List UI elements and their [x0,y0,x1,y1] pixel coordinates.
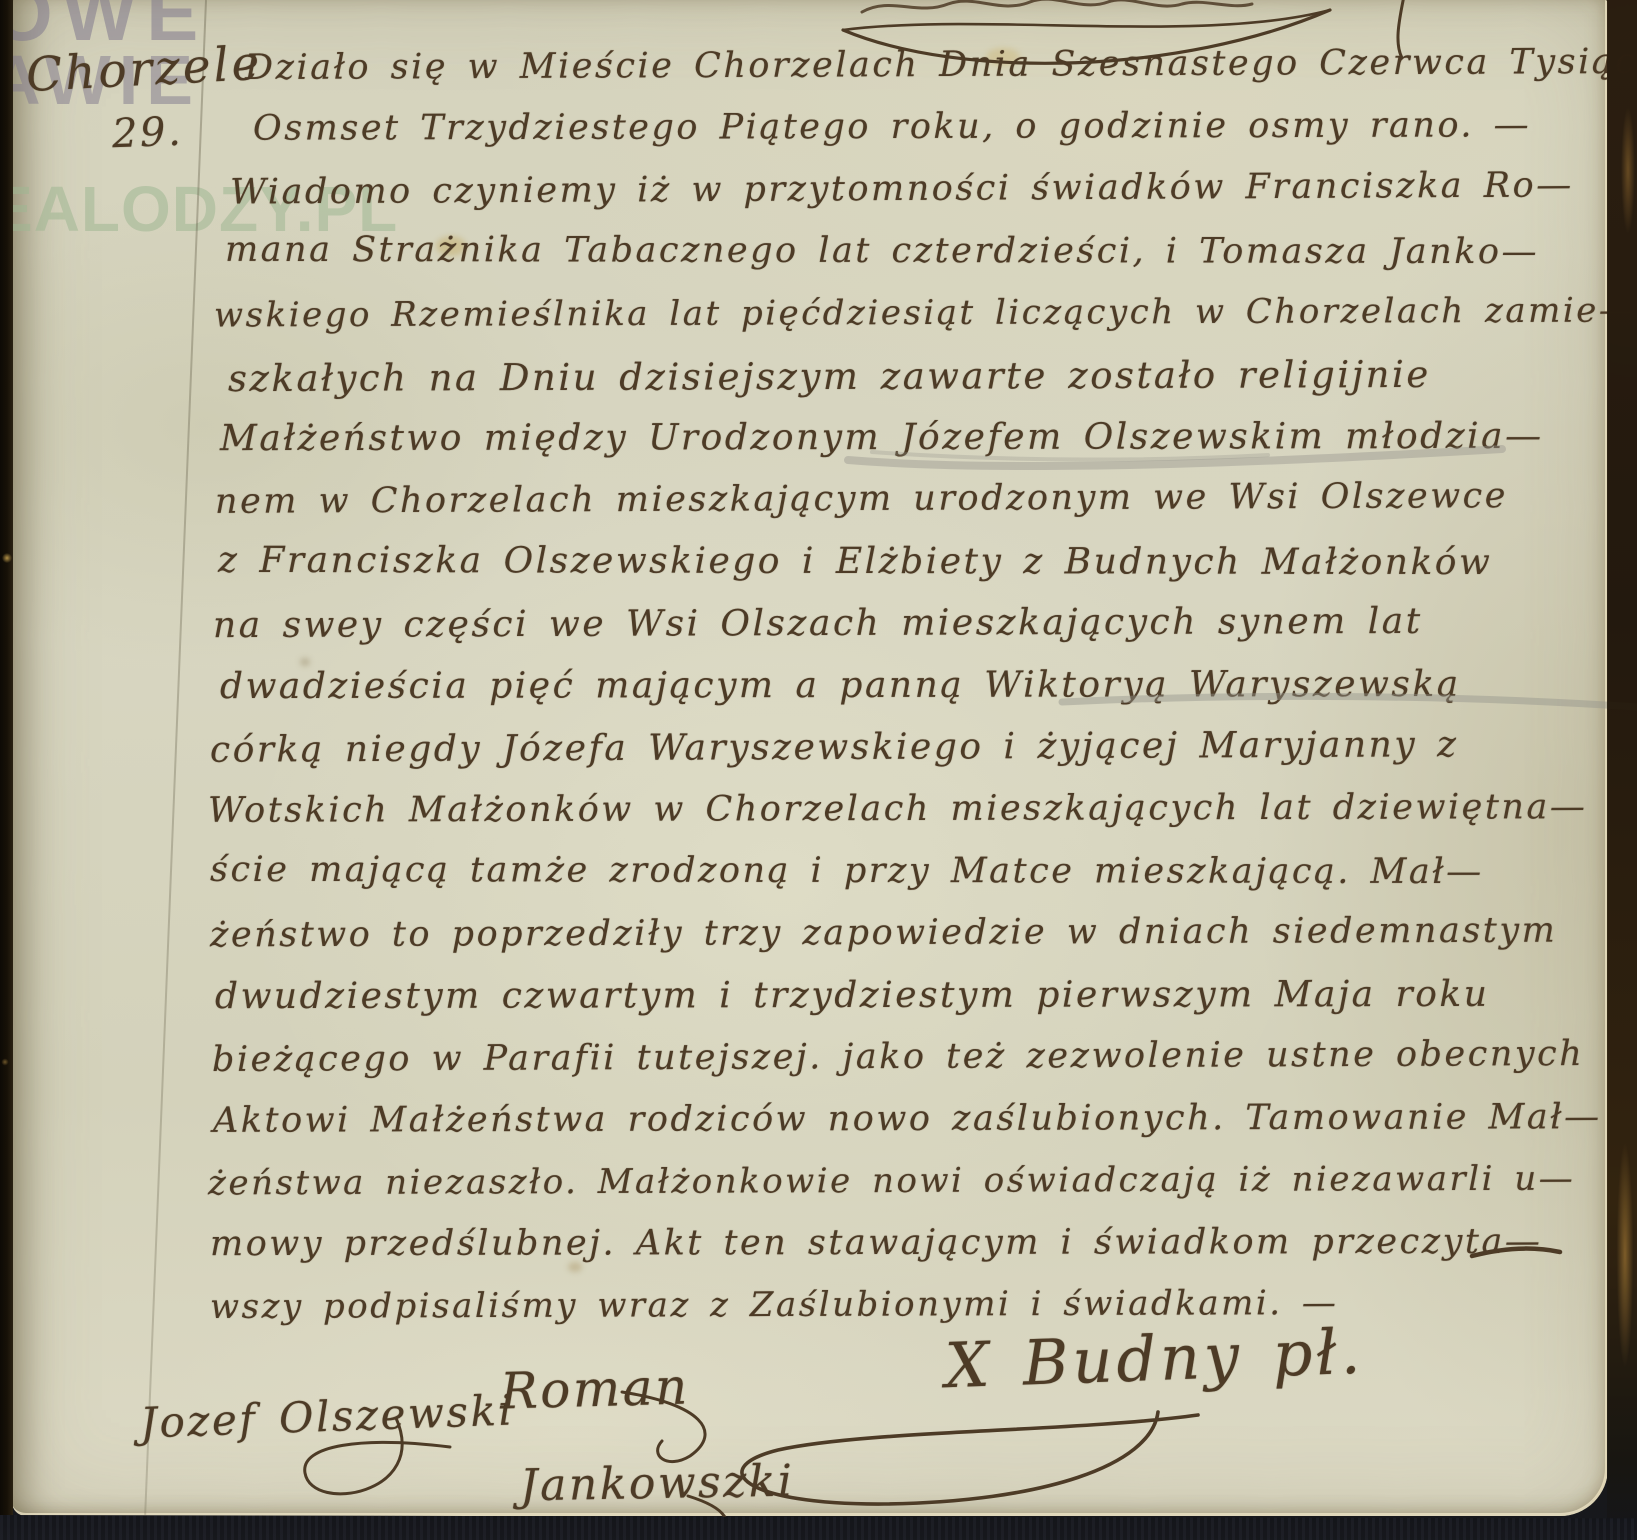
record-line-16: dwudziestym czwartym i trzydziestym pier… [215,974,1489,1017]
record-line-14: ście mającą tamże zrodzoną i przy Matce … [210,850,1484,892]
signature-roman: Roman [499,1358,690,1421]
record-line-17: bieżącego w Parafii tutejszej. jako też … [212,1034,1584,1080]
scan-background-bottom [0,1515,1637,1540]
book-binding-edge [0,0,13,1540]
record-line-18: Aktowi Małżeństwa rodziców nowo zaślubio… [213,1097,1602,1141]
signature-budny-priest: X Budny pł. [944,1315,1365,1403]
record-line-5: wskiego Rzemieślnika lat pięćdziesiąt li… [214,291,1635,336]
record-line-9: z Franciszka Olszewskiego i Elżbiety z B… [218,540,1492,583]
record-line-12: córką niegdy Józefa Waryszewskiego i żyj… [210,724,1459,770]
record-line-10: na swey części we Wsi Olszach mieszkając… [213,601,1423,646]
record-line-21: wszy podpisaliśmy wraz z Zaślubionymi i … [210,1283,1338,1327]
manuscript-scan: OWE AWIE EALODZY.PL Chorzele 29. Działo … [0,0,1637,1540]
record-line-2: Osmset Trzydziestego Piątego roku, o god… [253,105,1531,148]
record-line-19: żeństwa niezaszło. Małżonkowie nowi oświ… [208,1159,1575,1204]
record-line-8: nem w Chorzelach mieszkającym urodzonym … [215,476,1508,522]
record-line-6: szkałych na Dniu dzisiejszym zawarte zos… [228,353,1431,400]
record-line-1: Działo się w Mieście Chorzelach Dnia Sze… [245,42,1637,88]
act-number: 29. [111,109,184,157]
record-line-7: Małżeństwo między Urodzonym Józefem Olsz… [220,416,1544,459]
record-line-13: Wotskich Małżonków w Chorzelach mieszkaj… [208,787,1587,831]
record-line-15: żeństwo to poprzedziły trzy zapowiedzie … [210,911,1557,956]
signature-jankowski: Jankowszki [520,1456,795,1512]
record-line-3: Wiadomo czyniemy iż w przytomności świad… [230,165,1574,212]
record-line-11: dwadzieścia pięć mającym a panną Wiktory… [220,664,1461,707]
record-line-20: mowy przedślubnej. Akt ten stawającym i … [210,1222,1542,1264]
page-edge-right [1607,0,1637,1540]
record-line-4: mana Strażnika Tabacznego lat czterdzieś… [225,230,1539,272]
